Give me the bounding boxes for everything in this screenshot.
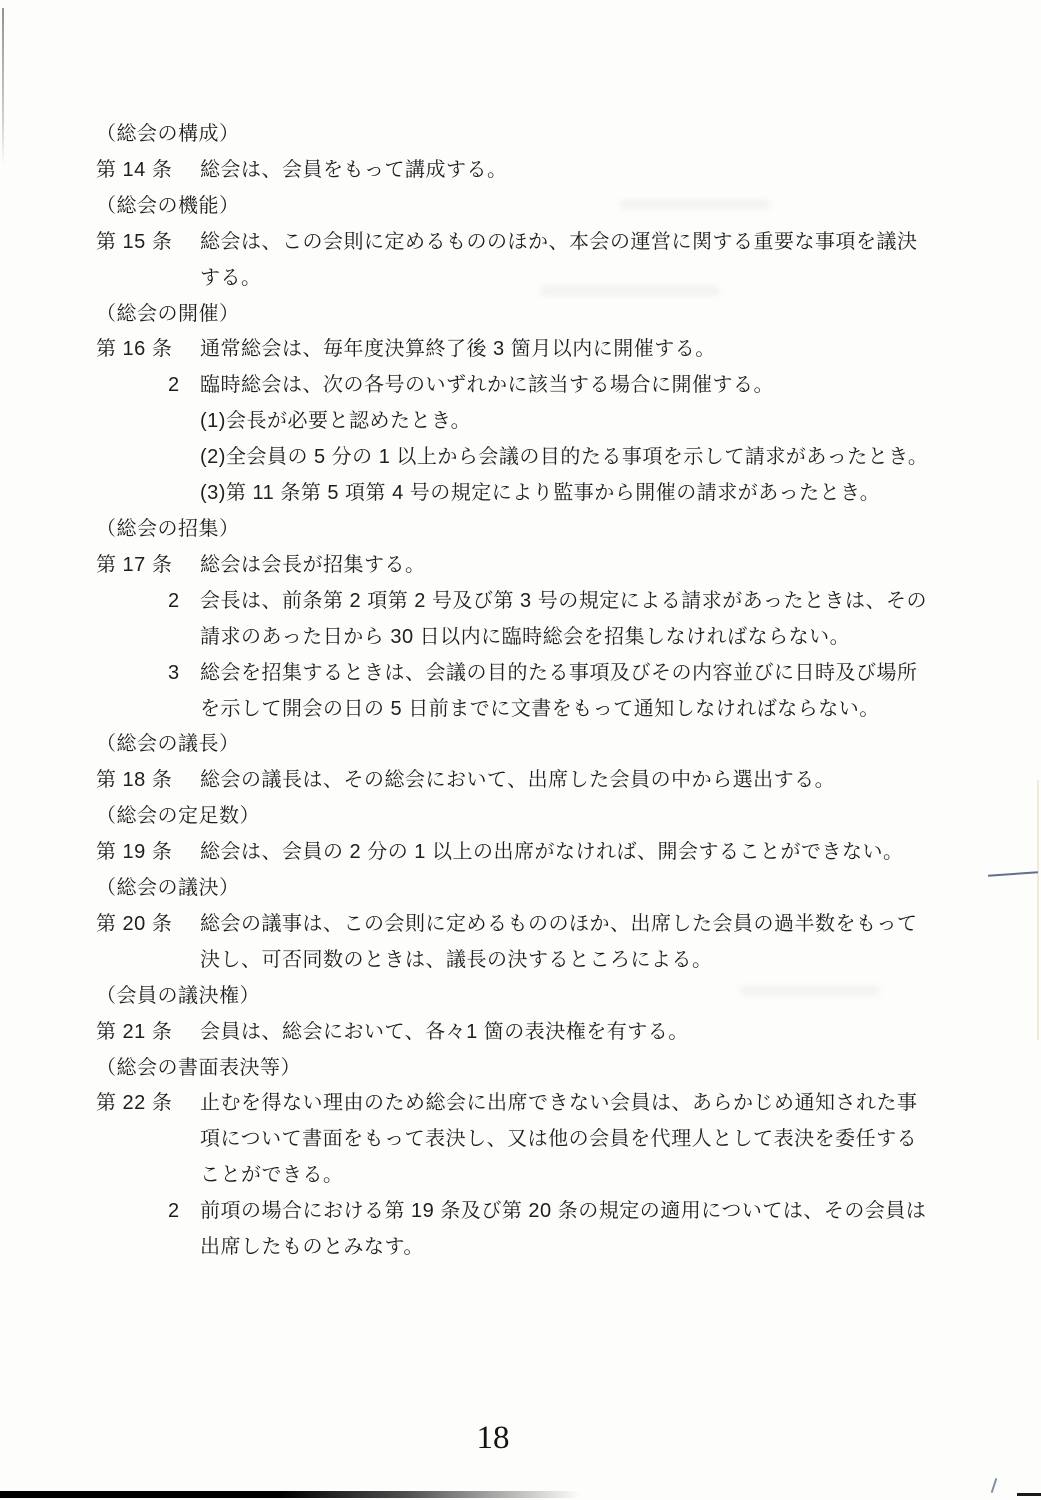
line-text: 臨時総会は、次の各号のいずれかに該当する場合に開催する。	[200, 368, 774, 404]
article-label: 第 18 条	[96, 763, 200, 799]
article-label: 第 17 条	[96, 548, 200, 584]
scan-edge-right-line	[1037, 780, 1039, 1040]
doc-line-article: 第 14 条総会は、会員をもって講成する。	[96, 153, 1021, 189]
article-label: 第 19 条	[96, 835, 200, 871]
article-label: 第 22 条	[96, 1086, 200, 1122]
line-text: 総会は、この会則に定めるもののほか、本会の運営に関する重要な事項を議決	[200, 225, 918, 261]
doc-line-para: 2前項の場合における第 19 条及び第 20 条の規定の適用については、その会員…	[96, 1194, 1021, 1230]
line-text: 項について書面をもって表決し、又は他の会員を代理人として表決を委任する	[200, 1122, 917, 1158]
doc-line-para: 2臨時総会は、次の各号のいずれかに該当する場合に開催する。	[96, 368, 1021, 404]
article-label: 第 15 条	[96, 225, 200, 261]
doc-line-article: 第 20 条総会の議事は、この会則に定めるもののほか、出席した会員の過半数をもっ…	[96, 907, 1021, 943]
scanned-page: （総会の構成）第 14 条総会は、会員をもって講成する。（総会の機能）第 15 …	[0, 0, 1041, 1500]
article-label: 第 14 条	[96, 153, 200, 189]
line-text: 総会を招集するときは、会議の目的たる事項及びその内容並びに日時及び場所	[200, 656, 918, 692]
doc-line-heading: （総会の機能）	[96, 189, 1021, 225]
line-text: 会員は、総会において、各々1 箇の表決権を有する。	[200, 1015, 689, 1051]
doc-line-heading: （総会の定足数）	[96, 799, 1021, 835]
doc-line-para: 3総会を招集するときは、会議の目的たる事項及びその内容並びに日時及び場所	[96, 656, 1021, 692]
scan-bottom-band	[0, 1491, 580, 1498]
doc-line-article: 第 22 条止むを得ない理由のため総会に出席できない会員は、あらかじめ通知された…	[96, 1086, 1021, 1122]
line-text: 請求のあった日から 30 日以内に臨時総会を招集しなければならない。	[200, 620, 850, 656]
doc-line-heading: （総会の書面表決等）	[96, 1051, 1021, 1087]
line-text: 会長は、前条第 2 項第 2 号及び第 3 号の規定による請求があったときは、そ…	[200, 584, 927, 620]
article-label: 第 16 条	[96, 332, 200, 368]
doc-line-article: 第 21 条会員は、総会において、各々1 箇の表決権を有する。	[96, 1015, 1021, 1051]
line-text: を示して開会の日の 5 日前までに文書をもって通知しなければならない。	[200, 692, 880, 728]
line-text: （総会の定足数）	[96, 799, 260, 835]
doc-line-article: 第 15 条総会は、この会則に定めるもののほか、本会の運営に関する重要な事項を議…	[96, 225, 1021, 261]
doc-line-cont: 出席したものとみなす。	[96, 1230, 1021, 1266]
paragraph-number: 2	[168, 368, 200, 404]
line-text: （総会の構成）	[96, 117, 240, 153]
article-label: 第 21 条	[96, 1015, 200, 1051]
line-text: 総会の議事は、この会則に定めるもののほか、出席した会員の過半数をもって	[200, 907, 918, 943]
line-text: （総会の書面表決等）	[96, 1051, 301, 1087]
doc-line-cont: 項について書面をもって表決し、又は他の会員を代理人として表決を委任する	[96, 1122, 1021, 1158]
doc-line-heading: （総会の議決）	[96, 871, 1021, 907]
doc-line-article: 第 16 条通常総会は、毎年度決算終了後 3 箇月以内に開催する。	[96, 332, 1021, 368]
line-text: 総会は、会員をもって講成する。	[200, 153, 508, 189]
paragraph-number: 2	[168, 584, 200, 620]
doc-line-cont: を示して開会の日の 5 日前までに文書をもって通知しなければならない。	[96, 692, 1021, 728]
line-text: 出席したものとみなす。	[200, 1230, 424, 1266]
line-text: (2)全会員の 5 分の 1 以上から会議の目的たる事項を示して請求があったとき…	[200, 440, 928, 476]
doc-line-heading: （総会の開催）	[96, 297, 1021, 333]
line-text: （総会の招集）	[96, 512, 240, 548]
doc-line-cont: 請求のあった日から 30 日以内に臨時総会を招集しなければならない。	[96, 620, 1021, 656]
doc-line-article: 第 17 条総会は会長が招集する。	[96, 548, 1021, 584]
line-text: (3)第 11 条第 5 項第 4 号の規定により監事から開催の請求があったとき…	[200, 476, 880, 512]
scan-corner-dash	[1017, 1493, 1041, 1496]
line-text: 総会は会長が招集する。	[200, 548, 426, 584]
line-text: 総会は、会員の 2 分の 1 以上の出席がなければ、開会することができない。	[200, 835, 903, 871]
doc-line-cont: 決し、可否同数のときは、議長の決するところによる。	[96, 943, 1021, 979]
doc-line-item: (1)会長が必要と認めたとき。	[96, 404, 1021, 440]
doc-line-article: 第 18 条総会の議長は、その総会において、出席した会員の中から選出する。	[96, 763, 1021, 799]
doc-line-item: (3)第 11 条第 5 項第 4 号の規定により監事から開催の請求があったとき…	[96, 476, 1021, 512]
bleedthrough-smudge	[540, 286, 720, 296]
doc-line-article: 第 19 条総会は、会員の 2 分の 1 以上の出席がなければ、開会することがで…	[96, 835, 1021, 871]
bleedthrough-smudge	[740, 986, 880, 995]
doc-line-heading: （総会の議長）	[96, 727, 1021, 763]
doc-line-cont: ことができる。	[96, 1158, 1021, 1194]
scan-edge-left-line	[2, 8, 4, 166]
line-text: （総会の開催）	[96, 297, 240, 333]
doc-line-heading: （会員の議決権）	[96, 979, 1021, 1015]
line-text: (1)会長が必要と認めたとき。	[200, 404, 471, 440]
line-text: （総会の議長）	[96, 727, 240, 763]
line-text: （総会の議決）	[96, 871, 240, 907]
article-label: 第 20 条	[96, 907, 200, 943]
doc-line-heading: （総会の招集）	[96, 512, 1021, 548]
pen-mark-bottom-right	[991, 1478, 998, 1493]
line-text: 総会の議長は、その総会において、出席した会員の中から選出する。	[200, 763, 835, 799]
doc-line-item: (2)全会員の 5 分の 1 以上から会議の目的たる事項を示して請求があったとき…	[96, 440, 1021, 476]
line-text: する。	[200, 261, 262, 297]
line-text: 通常総会は、毎年度決算終了後 3 箇月以内に開催する。	[200, 332, 716, 368]
page-number: 18	[433, 1420, 553, 1457]
line-text: ことができる。	[200, 1158, 344, 1194]
line-text: 前項の場合における第 19 条及び第 20 条の規定の適用については、その会員は	[200, 1194, 926, 1230]
line-text: 止むを得ない理由のため総会に出席できない会員は、あらかじめ通知された事	[200, 1086, 918, 1122]
line-text: （総会の機能）	[96, 189, 240, 225]
doc-line-para: 2会長は、前条第 2 項第 2 号及び第 3 号の規定による請求があったときは、…	[96, 584, 1021, 620]
bleedthrough-smudge	[620, 200, 770, 209]
doc-line-heading: （総会の構成）	[96, 117, 1021, 153]
paragraph-number: 3	[168, 656, 200, 692]
paragraph-number: 2	[168, 1194, 200, 1230]
line-text: 決し、可否同数のときは、議長の決するところによる。	[200, 943, 713, 979]
line-text: （会員の議決権）	[96, 979, 260, 1015]
